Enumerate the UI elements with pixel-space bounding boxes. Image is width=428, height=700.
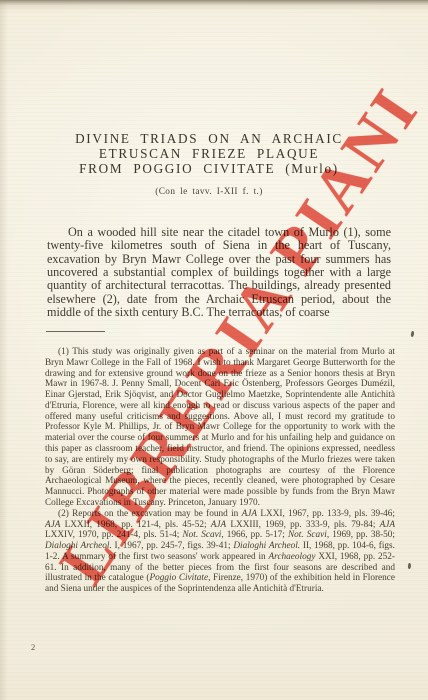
scan-top-edge	[0, 0, 428, 10]
scan-speck	[410, 331, 414, 337]
plates-note: (Con le tavv. I-XII f. t.)	[30, 187, 388, 197]
scan-left-edge	[0, 0, 8, 700]
body-paragraph: On a wooded hill site near the citadel t…	[47, 226, 391, 319]
page-number: 2	[31, 642, 35, 652]
footnotes-block: (1) This study was originally given as p…	[45, 347, 395, 595]
article-title: DIVINE TRIADS ON AN ARCHAIC ETRUSCAN FRI…	[30, 131, 388, 177]
scanned-page: DIVINE TRIADS ON AN ARCHAIC ETRUSCAN FRI…	[0, 0, 428, 700]
footnote-1: (1) This study was originally given as p…	[45, 347, 395, 509]
title-line-2: ETRUSCAN FRIEZE PLAQUE	[30, 146, 388, 161]
title-line-1: DIVINE TRIADS ON AN ARCHAIC	[30, 131, 388, 146]
title-line-3: FROM POGGIO CIVITATE (Murlo)	[30, 161, 388, 176]
footnote-separator-rule	[46, 331, 105, 332]
footnote-2: (2) Reports on the excavation may be fou…	[45, 509, 395, 595]
scan-speck	[408, 563, 412, 569]
